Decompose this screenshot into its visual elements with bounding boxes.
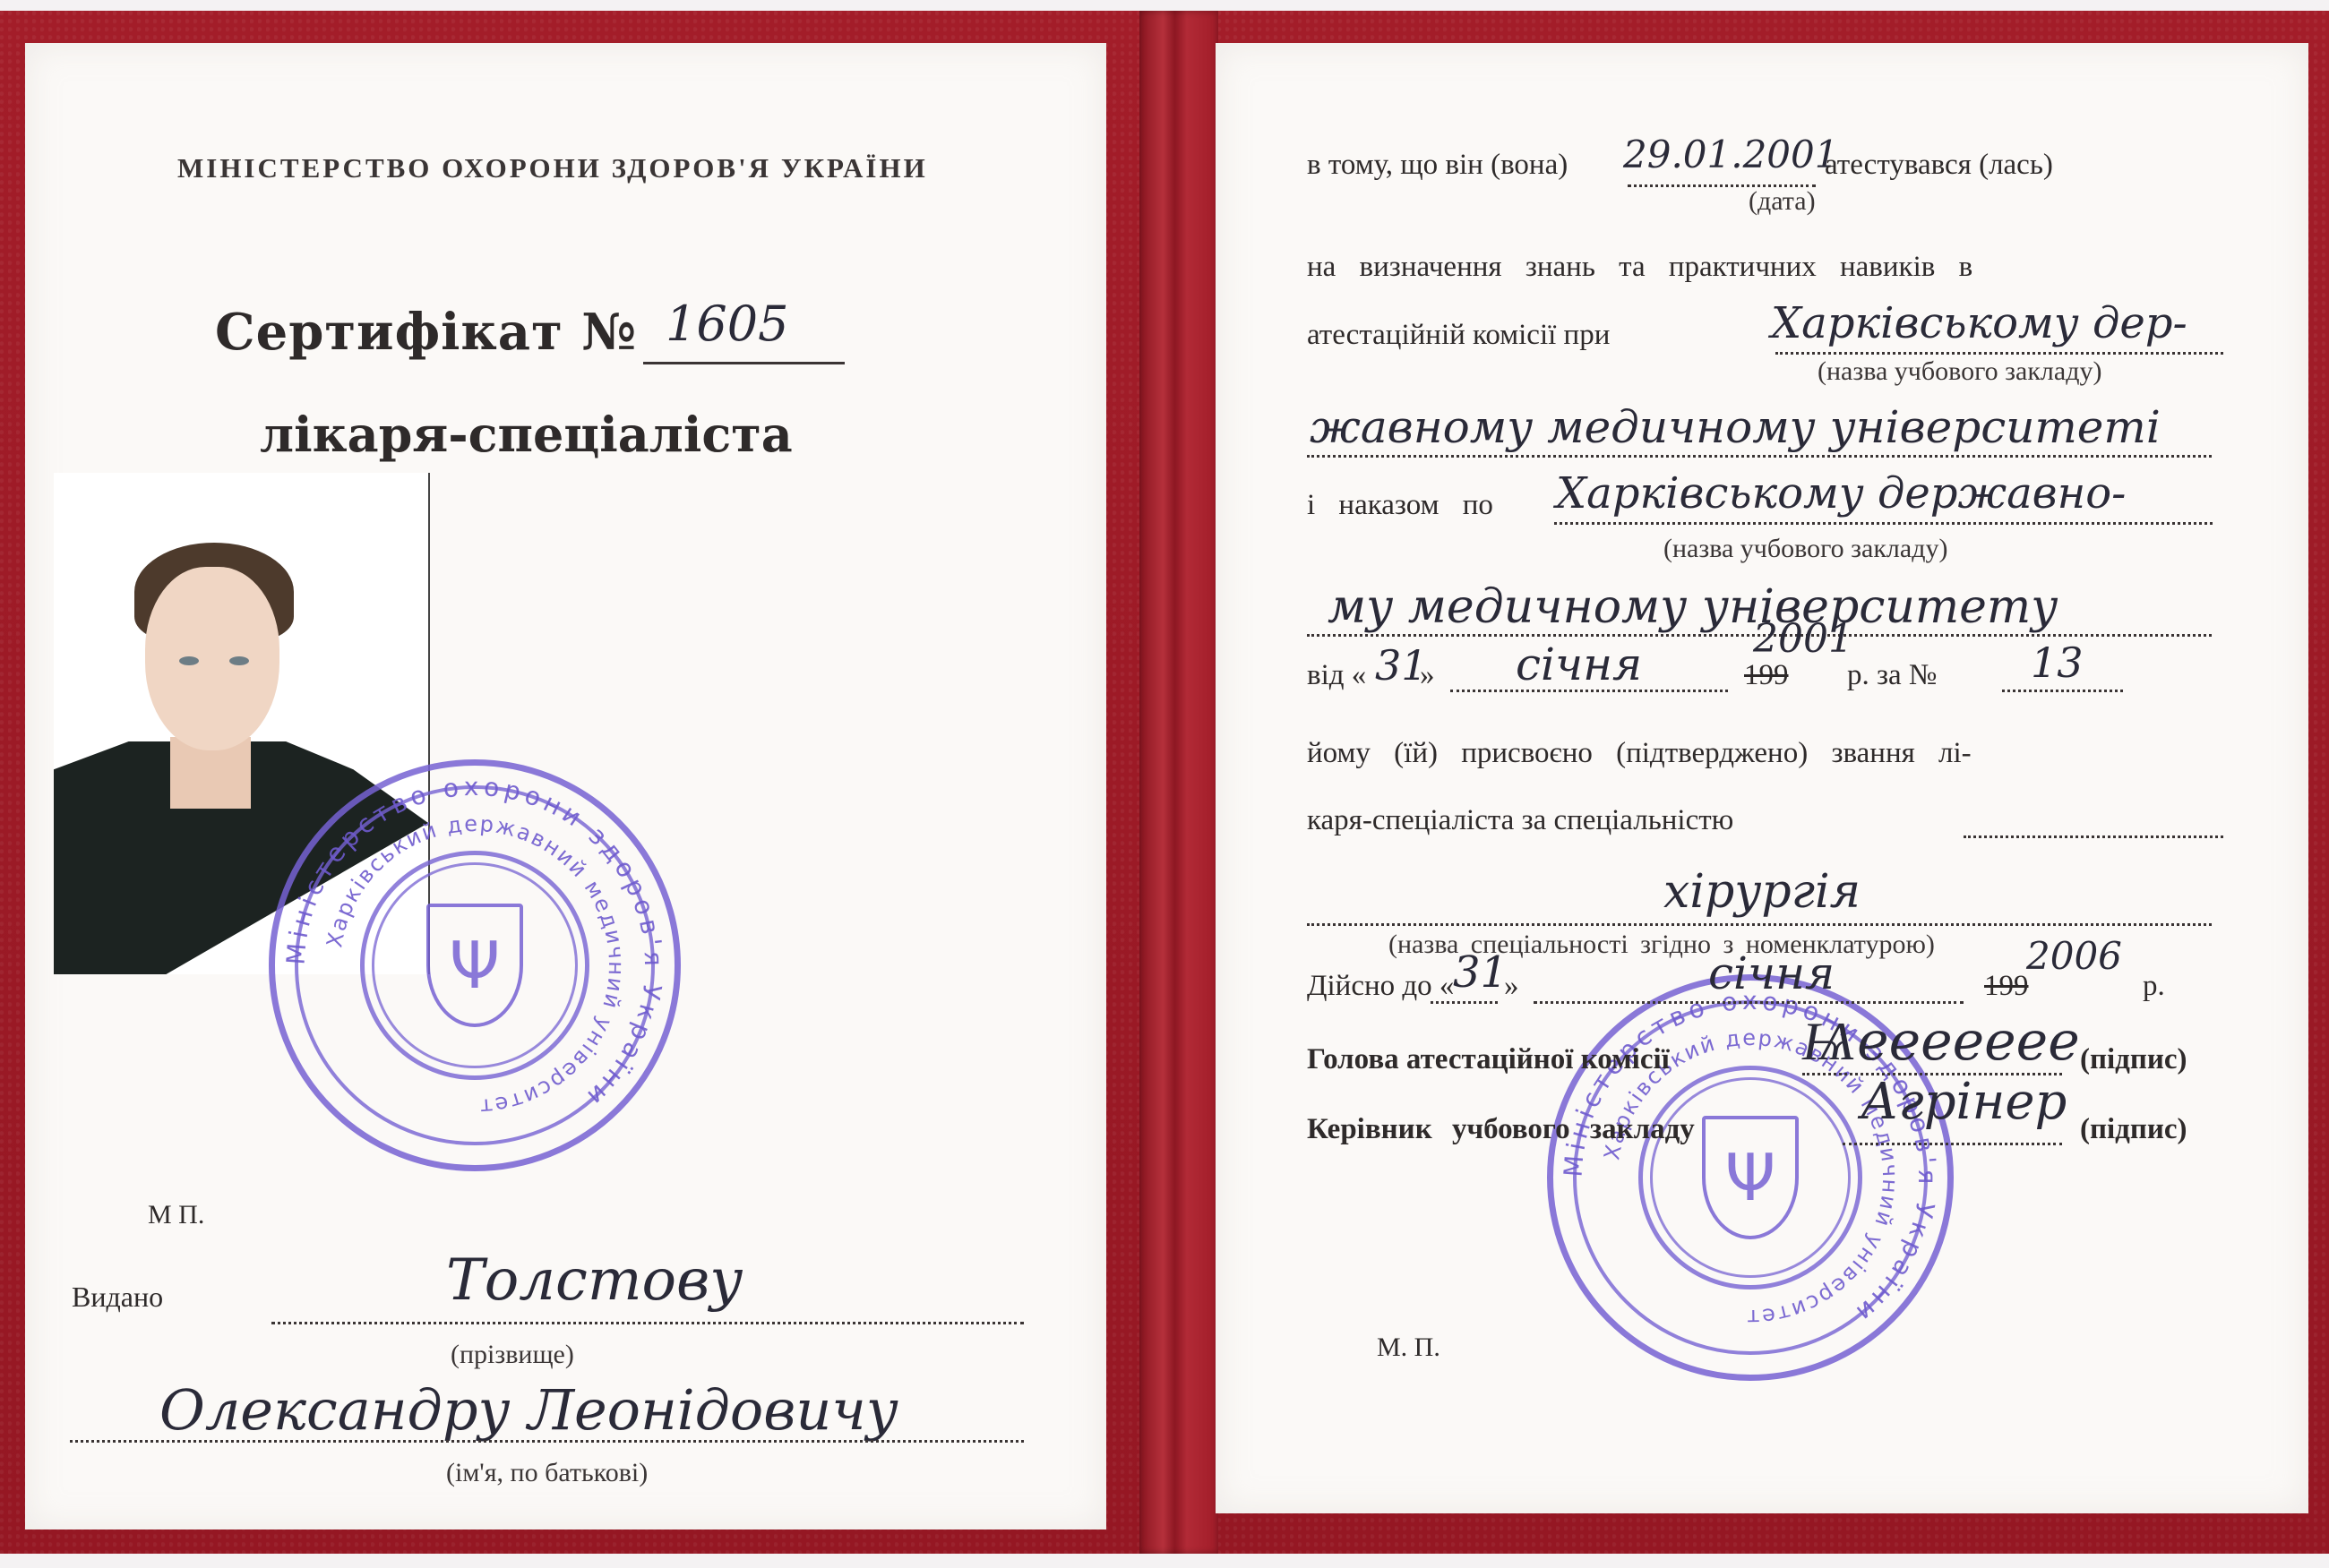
date-caption: (дата) [1749,186,1816,217]
valid-day-line [1431,1001,1498,1004]
institution-name-part1: Харківському дер- [1771,298,2187,348]
head-signature-line [1843,1143,2062,1145]
photo-face [145,567,279,750]
photo-eye-left [179,656,199,665]
valid-month-line [1534,1001,1964,1004]
specialty-line-1 [1964,835,2223,838]
order-institution-part1: Харківському державно- [1556,468,2126,518]
specialist-line: каря-спеціаліста за спеціальністю [1307,804,1733,837]
order-year-printed: 199 [1744,659,1789,692]
chair-signature-caption: (підпис) [2080,1043,2187,1076]
institution-caption: (назва учбового закладу) [1818,356,2101,387]
attestation-line-prefix: в тому, що він (вона) [1307,149,1568,182]
valid-year-handwritten: 2006 [2026,934,2122,978]
order-institution-caption: (назва учбового закладу) [1663,534,1947,564]
order-year-handwritten: 2001 [1753,616,1853,662]
certificate-number: 1605 [666,296,788,352]
official-stamp-left: Міністерство охорони здоров'я України Ха… [269,759,681,1171]
attestation-date: 29.01.2001 [1623,133,1838,176]
certificate-title: Сертифікат № [215,303,637,362]
knowledge-line: на визначення знань та практичних навикі… [1307,251,1972,284]
valid-until-label: Дійсно до « [1307,970,1454,1003]
specialty-name: хірургія [1663,865,1861,919]
photo-eye-right [229,656,249,665]
order-year-suffix: р. за № [1847,659,1937,692]
institution-name-part2: жавному медичному університеті [1310,401,2161,453]
valid-month: січня [1708,947,1835,999]
trident-emblem-icon: Ψ [1702,1116,1799,1239]
left-page: МІНІСТЕРСТВО ОХОРОНИ ЗДОРОВ'Я УКРАЇНИ Се… [25,43,1106,1529]
valid-day-close: » [1504,970,1519,1003]
stamp-place-label: М П. [148,1200,204,1230]
commission-line-prefix: атестаційній комісії при [1307,319,1610,352]
issued-label: Видано [72,1281,163,1314]
holder-surname: Толстову [446,1247,743,1314]
surname-caption: (прізвище) [451,1340,574,1370]
order-line-prefix: і наказом по [1307,489,1493,522]
order-day-close: » [1420,659,1435,692]
institution-line-1 [1775,352,2223,355]
right-page: в тому, що він (вона) 29.01.2001 атестув… [1216,43,2308,1513]
stamp-place-label: М. П. [1377,1332,1440,1363]
commission-chair-label: Голова атестаційної комісії [1307,1043,1670,1076]
surname-line [271,1322,1024,1324]
order-month: січня [1516,638,1642,690]
order-number: 13 [2031,638,2084,687]
trident-emblem-icon: Ψ [426,904,523,1027]
ministry-header: МІНІСТЕРСТВО ОХОРОНИ ЗДОРОВ'Я УКРАЇНИ [177,152,928,184]
given-names-caption: (ім'я, по батькові) [446,1458,648,1488]
holder-given-names: Олександру Леонідовичу [159,1377,898,1443]
order-institution-part2: му медичному університету [1328,580,2058,634]
head-signature-caption: (підпис) [2080,1113,2187,1146]
valid-year-printed: 199 [1984,970,2029,1003]
certificate-number-line [643,362,845,364]
certificate-subtitle: лікаря-спеціаліста [260,406,793,463]
commission-chair-signature: Ѩеееееее [1802,1010,2080,1073]
attestation-line-suffix: атестувався (лась) [1825,149,2053,182]
order-from-label: від « [1307,659,1366,692]
cover-spine [1139,11,1218,1554]
order-institution-line-1 [1554,522,2213,525]
order-number-line [2002,690,2123,692]
institution-line-2 [1307,455,2212,458]
assigned-title-line: йому (їй) присвоєно (підтверджено) званн… [1307,737,1972,770]
valid-year-suffix: р. [2143,970,2165,1003]
given-names-line [70,1440,1024,1443]
institution-head-label: Керівник учбового закладу [1307,1113,1695,1146]
specialty-line-2 [1307,923,2212,926]
institution-head-signature: Агрінер [1861,1073,2067,1131]
valid-day: 31 [1453,947,1508,998]
